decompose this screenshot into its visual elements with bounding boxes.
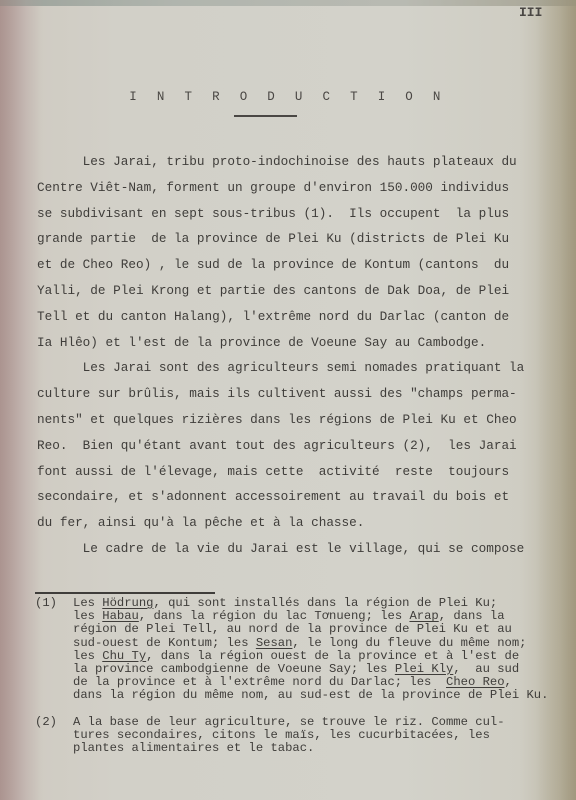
text-line: du fer, ainsi qu'à la pêche et à la chas…: [37, 510, 557, 536]
text-line: culture sur brûlis, mais ils cultivent a…: [37, 381, 557, 407]
underlined-term: Habau: [102, 609, 139, 623]
footnote-line: plantes alimentaires et le tabac.: [73, 742, 505, 755]
footnotes: (1)Les Hödrung, qui sont installés dans …: [35, 597, 575, 755]
page-number: III: [519, 5, 542, 20]
text-line: Yalli, de Plei Krong et partie des canto…: [37, 278, 557, 304]
text-line: et de Cheo Reo) , le sud de la province …: [37, 252, 557, 278]
text-segment: tures secondaires, citons le maïs, les c…: [73, 728, 490, 742]
text-segment: région de Plei Tell, au nord de la provi…: [73, 622, 512, 636]
text-line: Le cadre de la vie du Jarai est le villa…: [37, 536, 557, 562]
text-segment: de la province et à l'extrême nord du Da…: [73, 675, 446, 689]
footnote-separator: [35, 592, 215, 594]
text-segment: , le long du fleuve du même nom;: [292, 636, 526, 650]
text-segment: les: [73, 649, 102, 663]
text-line: Ia Hlêo) et l'est de la province de Voeu…: [37, 330, 557, 356]
text-segment: A la base de leur agriculture, se trouve…: [73, 715, 505, 729]
text-line: se subdivisant en sept sous-tribus (1). …: [37, 201, 557, 227]
body-text: Les Jarai, tribu proto-indochinoise des …: [37, 149, 557, 562]
paragraph: Les Jarai sont des agriculteurs semi nom…: [37, 355, 557, 536]
text-line: Reo. Bien qu'étant avant tout des agricu…: [37, 433, 557, 459]
text-line: Tell et du canton Halang), l'extrême nor…: [37, 304, 557, 330]
text-segment: , dans la: [439, 609, 505, 623]
underlined-term: Plei Kly: [395, 662, 454, 676]
text-segment: , dans la région du lac Tơnueng; les: [139, 609, 410, 623]
photo-top-edge: [0, 0, 576, 6]
footnote: (1)Les Hödrung, qui sont installés dans …: [35, 597, 575, 703]
text-segment: , au sud: [453, 662, 519, 676]
title-underline: [234, 115, 297, 117]
footnote-body: A la base de leur agriculture, se trouve…: [73, 716, 505, 756]
footnote-marker: (2): [35, 716, 73, 756]
paragraph: Le cadre de la vie du Jarai est le villa…: [37, 536, 557, 562]
text-segment: les: [73, 609, 102, 623]
footnote: (2)A la base de leur agriculture, se tro…: [35, 716, 575, 756]
underlined-term: Arap: [409, 609, 438, 623]
text-line: Centre Viêt-Nam, forment un groupe d'env…: [37, 175, 557, 201]
text-line: Les Jarai, tribu proto-indochinoise des …: [37, 149, 557, 175]
text-line: grande partie de la province de Plei Ku …: [37, 226, 557, 252]
text-segment: plantes alimentaires et le tabac.: [73, 741, 314, 755]
text-segment: la province cambodgienne de Voeune Say; …: [73, 662, 395, 676]
text-segment: dans la région du même nom, au sud-est d…: [73, 688, 548, 702]
underlined-term: Hödrung: [102, 596, 153, 610]
text-segment: sud-ouest de Kontum; les: [73, 636, 256, 650]
text-line: Les Jarai sont des agriculteurs semi nom…: [37, 355, 557, 381]
text-line: font aussi de l'élevage, mais cette acti…: [37, 459, 557, 485]
underlined-term: Cheo Reo: [446, 675, 505, 689]
text-segment: Les: [73, 596, 102, 610]
text-segment: , dans la région ouest de la province et…: [146, 649, 519, 663]
text-segment: ,: [505, 675, 512, 689]
underlined-term: Sesan: [256, 636, 293, 650]
footnote-marker: (1): [35, 597, 73, 703]
text-segment: , qui sont installés dans la région de P…: [153, 596, 497, 610]
text-line: secondaire, et s'adonnent accessoirement…: [37, 484, 557, 510]
footnote-body: Les Hödrung, qui sont installés dans la …: [73, 597, 548, 703]
text-line: nents" et quelques rizières dans les rég…: [37, 407, 557, 433]
page-title: I N T R O D U C T I O N: [0, 90, 576, 104]
footnote-line: dans la région du même nom, au sud-est d…: [73, 689, 548, 702]
underlined-term: Chu Ty: [102, 649, 146, 663]
paragraph: Les Jarai, tribu proto-indochinoise des …: [37, 149, 557, 355]
